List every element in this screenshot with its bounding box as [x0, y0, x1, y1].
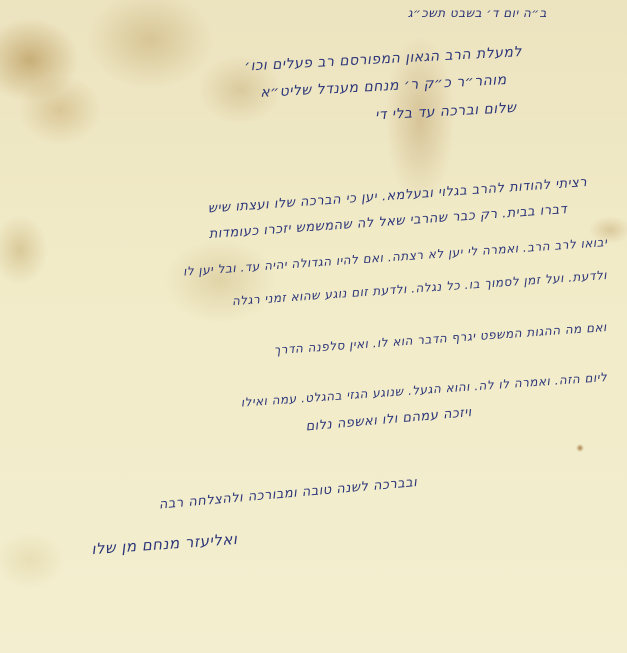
addressee-line-1: למעלת הרב הגאון המפורסם רב פעלים וכו׳	[244, 44, 522, 75]
addressee-line-3: שלום וברכה עד בלי די	[375, 100, 517, 123]
header-date: ב״ה יום ד׳ בשבט תשכ״ג	[408, 6, 547, 20]
body-line-6: ליום הזה. ואמרה לו לה. והוא הגעל. שנוגע …	[240, 370, 607, 410]
closing-line-1: ובברכה לשנה טובה ומבורכה ולהצלחה רבה	[158, 475, 418, 513]
letter-page: ב״ה יום ד׳ בשבט תשכ״ג למעלת הרב הגאון המ…	[0, 0, 627, 653]
signature: ואליעזר מנחם מן שלו	[90, 530, 237, 558]
addressee-line-2: מוהר״ר כ״ק ר׳ מנחם מענדל שליט״א	[260, 72, 507, 101]
body-line-5: ואם מה ההגות המשפט יגרף הדבר הוא לו. ואי…	[274, 320, 608, 357]
body-line-7: ויזכה עמהם ולו ואשפה נלום	[305, 405, 472, 434]
body-line-4: ולדעת. ועל זמן לסמוך בו. כל נגלה. ולדעת …	[231, 268, 607, 308]
